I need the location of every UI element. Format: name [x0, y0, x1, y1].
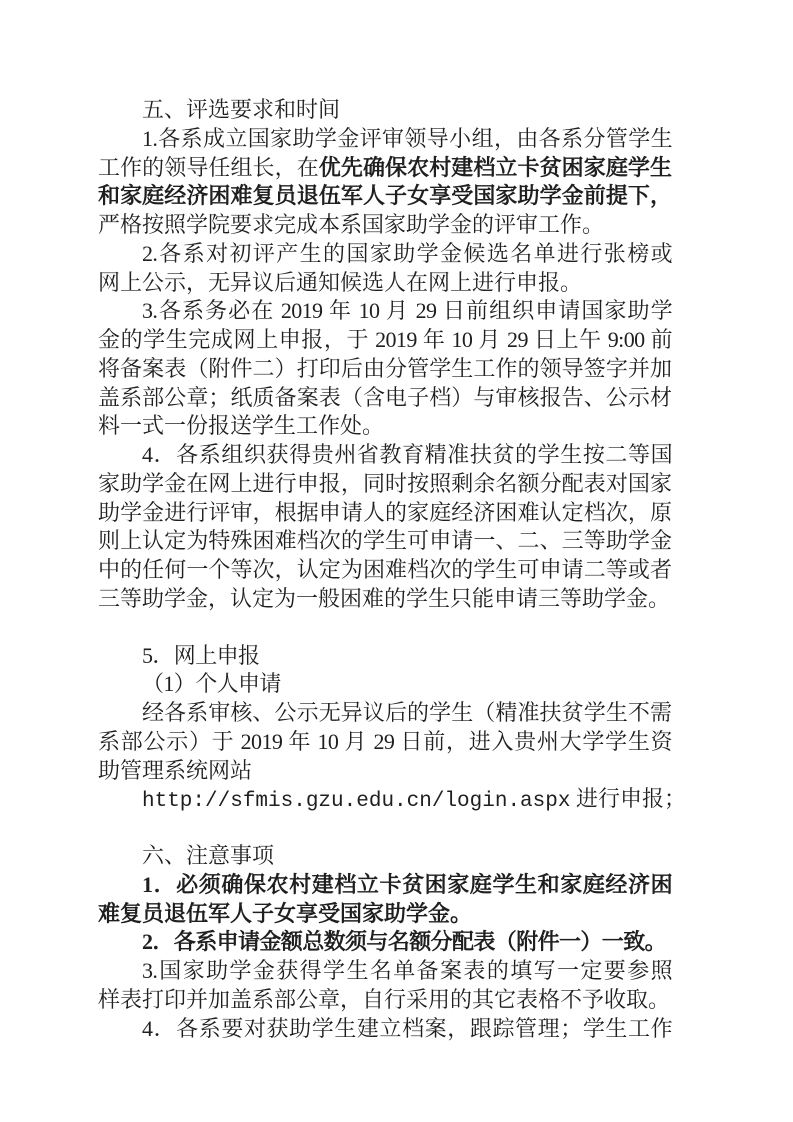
text-line: 盖系部公章；纸质备案表（含电子档）与审核报告、公示材	[98, 384, 672, 413]
text-run: 三等助学金，认定为一般困难的学生只能申请三等助学金。	[98, 586, 670, 611]
text-run: 金的学生完成网上申报，于 2019 年 10 月 29 日上午 9:00 前	[98, 327, 672, 352]
text-line: 家助学金在网上进行申报，同时按照剩余名额分配表对国家	[98, 470, 672, 499]
text-run: 六、注意事项	[142, 843, 274, 868]
text-line: 中的任何一个等次，认定为困难档次的学生可申请二等或者	[98, 556, 672, 585]
section-heading: 六、注意事项	[98, 842, 672, 871]
document-page: 五、评选要求和时间1.各系成立国家助学金评审领导小组，由各系分管学生工作的领导任…	[0, 0, 793, 1122]
text-run: 经各系审核、公示无异议后的学生（精准扶贫学生不需	[142, 700, 672, 725]
url-text: http://sfmis.gzu.edu.cn/login.aspx	[142, 790, 570, 813]
text-line: 金的学生完成网上申报，于 2019 年 10 月 29 日上午 9:00 前	[98, 326, 672, 355]
text-line: 助学金进行评审，根据申请人的家庭经济困难认定档次，原	[98, 499, 672, 528]
text-run: 4．各系组织获得贵州省教育精准扶贫的学生按二等国	[142, 442, 672, 467]
text-run: 难复员退伍军人子女享受国家助学金。	[98, 901, 472, 926]
text-run: 五、评选要求和时间	[142, 97, 340, 122]
text-run: 2.各系对初评产生的国家助学金候选名单进行张榜或	[142, 241, 672, 266]
text-line: 工作的领导任组长，在优先确保农村建档立卡贫困家庭学生	[98, 154, 672, 183]
text-run: 料一式一份报送学生工作处。	[98, 413, 384, 438]
text-run: 优先确保农村建档立卡贫困家庭学生	[319, 155, 672, 180]
text-line: 4．各系要对获助学生建立档案，跟踪管理；学生工作	[98, 1015, 672, 1044]
text-run: 助学金进行评审，根据申请人的家庭经济困难认定档次，原	[98, 500, 672, 525]
text-line: 1．必须确保农村建档立卡贫困家庭学生和家庭经济困	[98, 871, 672, 900]
text-run: 中的任何一个等次，认定为困难档次的学生可申请二等或者	[98, 557, 672, 582]
text-run: 和家庭经济困难复员退伍军人子女享受国家助学金前提下，	[98, 183, 672, 208]
text-run: 4．各系要对获助学生建立档案，跟踪管理；学生工作	[142, 1016, 672, 1041]
text-run: 则上认定为特殊困难档次的学生可申请一、二、三等助学金	[98, 528, 672, 553]
text-line: 三等助学金，认定为一般困难的学生只能申请三等助学金。	[98, 585, 672, 614]
text-line: 难复员退伍军人子女享受国家助学金。	[98, 900, 672, 929]
text-line: 严格按照学院要求完成本系国家助学金的评审工作。	[98, 211, 672, 240]
text-line: 2．各系申请金额总数须与名额分配表（附件一）一致。	[98, 928, 672, 957]
text-line: 则上认定为特殊困难档次的学生可申请一、二、三等助学金	[98, 527, 672, 556]
text-line: 样表打印并加盖系部公章，自行采用的其它表格不予收取。	[98, 986, 672, 1015]
text-run: 进行申报；	[570, 786, 686, 811]
text-line: 网上公示，无异议后通知候选人在网上进行申报。	[98, 269, 672, 298]
text-run: 盖系部公章；纸质备案表（含电子档）与审核报告、公示材	[98, 385, 672, 410]
text-line: 和家庭经济困难复员退伍军人子女享受国家助学金前提下，	[98, 182, 672, 211]
text-line: 将备案表（附件二）打印后由分管学生工作的领导签字并加	[98, 355, 672, 384]
text-run: 3.国家助学金获得学生名单备案表的填写一定要参照	[142, 958, 672, 983]
text-run: 严格按照学院要求完成本系国家助学金的评审工作。	[98, 212, 604, 237]
text-line: 助管理系统网站	[98, 757, 672, 786]
text-run: 2．各系申请金额总数须与名额分配表（附件一）一致。	[142, 929, 666, 954]
text-run: 样表打印并加盖系部公章，自行采用的其它表格不予收取。	[98, 987, 670, 1012]
text-line: （1）个人申请	[98, 670, 672, 699]
text-line: 3.各系务必在 2019 年 10 月 29 日前组织申请国家助学	[98, 297, 672, 326]
text-run: 网上公示，无异议后通知候选人在网上进行申报。	[98, 270, 582, 295]
text-run: 家助学金在网上进行申报，同时按照剩余名额分配表对国家	[98, 471, 672, 496]
text-line: 系部公示）于 2019 年 10 月 29 日前，进入贵州大学学生资	[98, 728, 672, 757]
text-line: http://sfmis.gzu.edu.cn/login.aspx 进行申报；	[98, 785, 672, 814]
text-line: 2.各系对初评产生的国家助学金候选名单进行张榜或	[98, 240, 672, 269]
text-line: 经各系审核、公示无异议后的学生（精准扶贫学生不需	[98, 699, 672, 728]
paragraph-spacer	[98, 614, 672, 642]
document-body: 五、评选要求和时间1.各系成立国家助学金评审领导小组，由各系分管学生工作的领导任…	[98, 96, 672, 1043]
text-run: 1．必须确保农村建档立卡贫困家庭学生和家庭经济困	[142, 872, 672, 897]
text-run: 1.各系成立国家助学金评审领导小组，由各系分管学生	[142, 126, 672, 151]
text-run: 将备案表（附件二）打印后由分管学生工作的领导签字并加	[98, 356, 672, 381]
text-line: 4．各系组织获得贵州省教育精准扶贫的学生按二等国	[98, 441, 672, 470]
text-line: 1.各系成立国家助学金评审领导小组，由各系分管学生	[98, 125, 672, 154]
text-line: 3.国家助学金获得学生名单备案表的填写一定要参照	[98, 957, 672, 986]
paragraph-spacer	[98, 814, 672, 842]
text-line: 料一式一份报送学生工作处。	[98, 412, 672, 441]
text-line: 5．网上申报	[98, 642, 672, 671]
text-run: 3.各系务必在 2019 年 10 月 29 日前组织申请国家助学	[142, 298, 672, 323]
text-run: （1）个人申请	[142, 671, 281, 696]
text-run: 助管理系统网站	[98, 758, 252, 783]
text-run: 系部公示）于 2019 年 10 月 29 日前，进入贵州大学学生资	[98, 729, 672, 754]
text-run: 工作的领导任组长，在	[98, 155, 319, 180]
section-heading: 五、评选要求和时间	[98, 96, 672, 125]
text-run: 5．网上申报	[142, 643, 259, 668]
